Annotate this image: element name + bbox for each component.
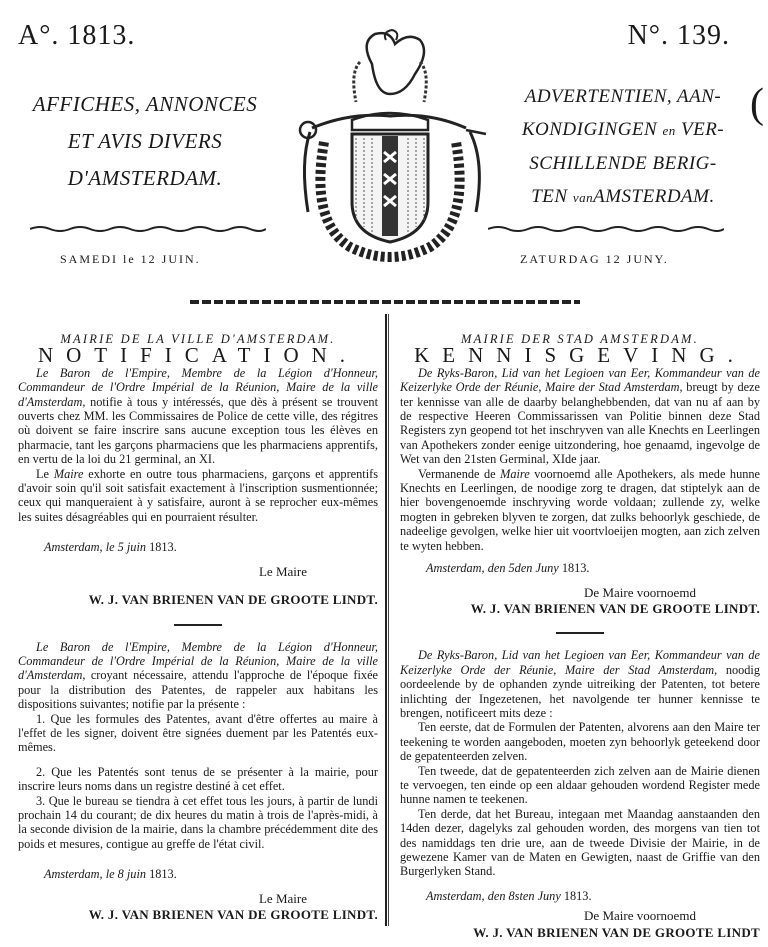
masthead-fr-line-1: AFFICHES, ANNONCES — [20, 86, 270, 123]
masthead-nl-text: VER- — [676, 119, 724, 140]
place-date: Amsterdam, le 5 juin 1813. — [44, 540, 378, 554]
masthead-nl-line-4: TEN vanAMSTERDAM. — [498, 180, 748, 214]
signature-title: Le Maire — [188, 892, 378, 906]
signature-name: W. J. VAN BRIENEN VAN DE GROOTE LINDT. — [18, 908, 378, 922]
notice-paragraph: Le Baron de l'Empire, Membre de la Légio… — [18, 640, 378, 712]
signature-name: W. J. VAN BRIENEN VAN DE GROOTE LINDT — [400, 926, 760, 940]
column-french: MAIRIE DE LA VILLE D'AMSTERDAM. NOTIFICA… — [18, 332, 378, 922]
notice-item: 1. Que les formules des Patentes, avant … — [18, 712, 378, 755]
notice-item: Ten eerste, dat de Formulen der Patenten… — [400, 720, 760, 763]
place-date: Amsterdam, le 8 juin 1813. — [44, 867, 378, 881]
text: Amsterdam, le 8 juin — [44, 867, 149, 881]
notice-item: Ten tweede, dat de gepatenteerden zich z… — [400, 764, 760, 807]
notice-title: KENNISGEVING. — [400, 348, 760, 362]
text-italic: Maire — [500, 467, 530, 481]
column-divider — [385, 314, 389, 926]
masthead-nl-text: KONDIGINGEN — [522, 119, 663, 140]
notice-paragraph: De Ryks-Baron, Lid van het Legioen van E… — [400, 366, 760, 467]
masthead-fr-line-2: ET AVIS DIVERS — [20, 123, 270, 160]
notice-paragraph: Le Baron de l'Empire, Membre de la Légio… — [18, 366, 378, 467]
text: 1813. — [564, 889, 592, 903]
text-italic: Maire — [54, 467, 84, 481]
text: Amsterdam, den 5den Juny — [426, 561, 562, 575]
masthead-nl-text: TEN — [531, 186, 573, 207]
notice-item: 2. Que les Patentés sont tenus de se pré… — [18, 765, 378, 794]
notice-item: 3. Que le bureau se tiendra à cet effet … — [18, 794, 378, 852]
column-dutch: MAIRIE DER STAD AMSTERDAM. KENNISGEVING.… — [400, 332, 760, 940]
masthead-dutch: ADVERTENTIEN, AAN- KONDIGINGEN en VER- S… — [498, 80, 748, 214]
wave-rule-right — [488, 224, 724, 234]
signature-name: W. J. VAN BRIENEN VAN DE GROOTE LINDT. — [400, 602, 760, 616]
year-label: A°. 1813. — [18, 20, 135, 52]
notice-item: Ten derde, dat het Bureau, integaan met … — [400, 807, 760, 879]
text: Vermanende de — [418, 467, 500, 481]
signature-name: W. J. VAN BRIENEN VAN DE GROOTE LINDT. — [18, 593, 378, 607]
signature-title: De Maire voornoemd — [520, 909, 760, 923]
ornamental-rule — [190, 292, 580, 298]
place-date: Amsterdam, den 8sten Juny 1813. — [426, 889, 760, 903]
text: Amsterdam, le 5 juin — [44, 540, 149, 554]
date-dutch: ZATURDAG 12 JUNY. — [520, 252, 669, 267]
signature-title: Le Maire — [188, 565, 378, 579]
notice-title: NOTIFICATION. — [18, 348, 378, 362]
date-french: SAMEDI le 12 JUIN. — [60, 252, 201, 267]
masthead-nl-line-1: ADVERTENTIEN, AAN- — [498, 80, 748, 113]
place-date: Amsterdam, den 5den Juny 1813. — [426, 561, 760, 575]
coat-of-arms-icon — [290, 22, 490, 262]
notice-paragraph: Vermanende de Maire voornoemd alle Apoth… — [400, 467, 760, 553]
masthead-nl-en: en — [662, 123, 675, 138]
masthead-nl-van: van — [573, 190, 593, 205]
masthead-fr-line-3: D'AMSTERDAM. — [20, 160, 270, 197]
text-italic: De Ryks-Baron, Lid van het Legioen van E… — [400, 648, 760, 676]
section-separator — [556, 632, 604, 634]
notice-paragraph: Le Maire exhorte en outre tous pharmacie… — [18, 467, 378, 525]
text: 1813. — [149, 540, 177, 554]
issue-number: N°. 139. — [628, 20, 730, 52]
bracket-mark: ( — [750, 80, 764, 128]
text: Le — [36, 467, 54, 481]
signature-title: De Maire voornoemd — [520, 586, 760, 600]
wave-rule-left — [30, 224, 266, 234]
masthead-nl-line-2: KONDIGINGEN en VER- — [498, 113, 748, 147]
masthead-nl-line-3: SCHILLENDE BERIG- — [498, 147, 748, 180]
text: 1813. — [149, 867, 177, 881]
notice-paragraph: De Ryks-Baron, Lid van het Legioen van E… — [400, 648, 760, 720]
masthead-nl-text: AMSTERDAM. — [593, 186, 715, 207]
masthead-french: AFFICHES, ANNONCES ET AVIS DIVERS D'AMST… — [20, 86, 270, 197]
text: 1813. — [562, 561, 590, 575]
text: Amsterdam, den 8sten Juny — [426, 889, 564, 903]
section-separator — [174, 624, 222, 626]
